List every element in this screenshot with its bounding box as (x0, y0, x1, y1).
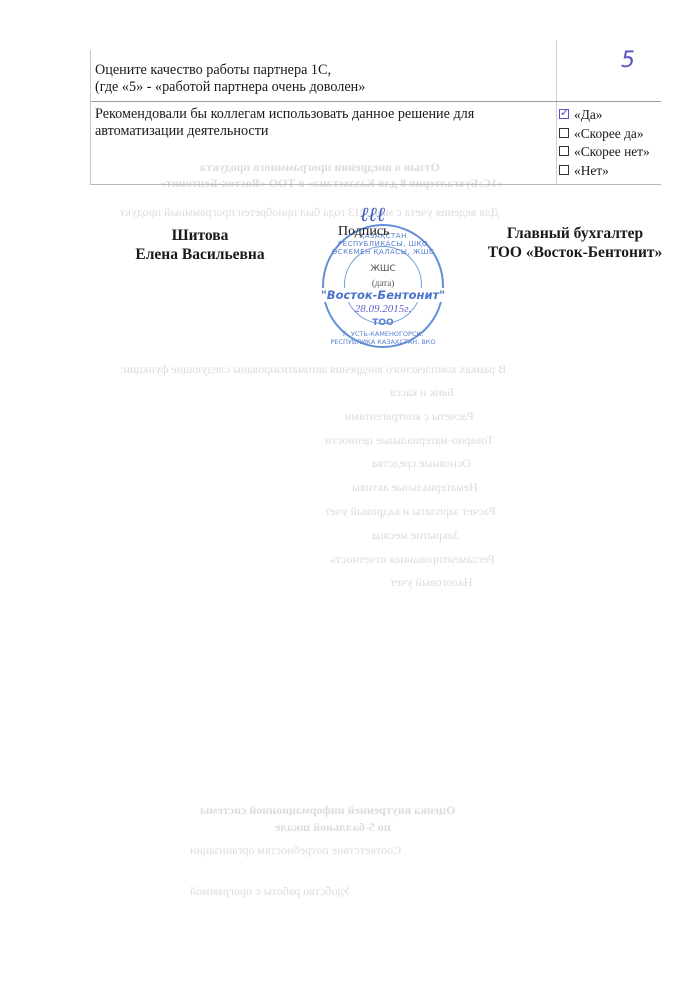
question-quality: Оцените качество работы партнера 1С, (гд… (95, 62, 365, 96)
question-line: Оцените качество работы партнера 1С, (95, 62, 365, 79)
option-no[interactable]: «Нет» (559, 162, 650, 181)
bleed-text: Основные средства (372, 456, 471, 471)
checkbox-icon[interactable] (559, 165, 569, 175)
bleed-text: Расчет зарплаты и кадровый учет (325, 504, 496, 519)
signature-scribble-icon: ℓℓℓ (360, 204, 385, 227)
checkbox-checked-icon[interactable] (559, 109, 569, 119)
bleed-text: Расчеты с контрагентами (345, 409, 474, 424)
bleed-text: Оценка внутренней информационной системы (200, 803, 455, 818)
checkbox-icon[interactable] (559, 146, 569, 156)
option-yes[interactable]: «Да» (559, 106, 650, 125)
signer-given-names: Елена Васильевна (130, 245, 270, 264)
option-rather-no[interactable]: «Скорее нет» (559, 143, 650, 162)
option-label: «Нет» (574, 163, 609, 178)
signer-company: ТОО «Восток-Бентонит» (480, 243, 670, 262)
bleed-text: Налоговый учет (390, 575, 472, 590)
recommend-options: «Да» «Скорее да» «Скорее нет» «Нет» (559, 106, 650, 180)
bleed-text: Нематериальные активы (352, 480, 478, 495)
bleed-text: Соответствие потребностям организации (190, 843, 401, 858)
option-label: «Да» (574, 107, 602, 122)
table-row-recommend: Рекомендовали бы коллегам использовать д… (91, 102, 661, 184)
bleed-text: Банк и касса (390, 385, 454, 400)
signer-surname: Шитова (130, 226, 270, 245)
stamp-too: ТОО (324, 318, 442, 328)
question-recommend: Рекомендовали бы коллегам использовать д… (95, 106, 474, 140)
date-label: (дата) (324, 278, 442, 288)
bleed-text: В рамках комплексного внедрения автомати… (120, 362, 506, 377)
signer-title: Главный бухгалтер ТОО «Восток-Бентонит» (480, 224, 670, 262)
option-rather-yes[interactable]: «Скорее да» (559, 125, 650, 144)
table-row-quality: Оцените качество работы партнера 1С, (гд… (91, 50, 661, 102)
bleed-text: Товарно-материальные ценности (325, 433, 494, 448)
survey-table: Оцените качество работы партнера 1С, (гд… (90, 50, 661, 185)
signer-name: Шитова Елена Васильевна (130, 226, 270, 264)
bleed-text: по 5-балльной шкале (275, 820, 391, 835)
company-stamp: ҚАЗАҚСТАН РЕСПУБЛИКАСЫ, ШҚО ӨСКЕМЕН ҚАЛА… (322, 224, 444, 348)
stamp-ring-bottom-text: Г. УСТЬ-КАМЕНОГОРСК, РЕСПУБЛИКА КАЗАХСТА… (328, 330, 438, 346)
stamp-company-name: "Восток-Бентонит" (318, 288, 448, 302)
bleed-text: Для ведения учета с мая 2013 года был пр… (120, 205, 499, 220)
stamp-jshs: ЖШС (324, 264, 442, 274)
option-label: «Скорее нет» (574, 144, 650, 159)
checkbox-icon[interactable] (559, 128, 569, 138)
question-line: автоматизации деятельности (95, 123, 474, 140)
question-line: Рекомендовали бы коллегам использовать д… (95, 106, 474, 123)
handwritten-score: 5 (621, 48, 635, 73)
handwritten-date: 28.09.2015г. (324, 303, 442, 315)
bleed-text: Регламентированная отчетность (330, 552, 494, 567)
bleed-text: Удобство работы с программой (190, 884, 350, 899)
bleed-text: Закрытие месяца (372, 528, 459, 543)
question-line: (где «5» - «работой партнера очень довол… (95, 79, 365, 96)
option-label: «Скорее да» (574, 126, 644, 141)
signer-position: Главный бухгалтер (480, 224, 670, 243)
